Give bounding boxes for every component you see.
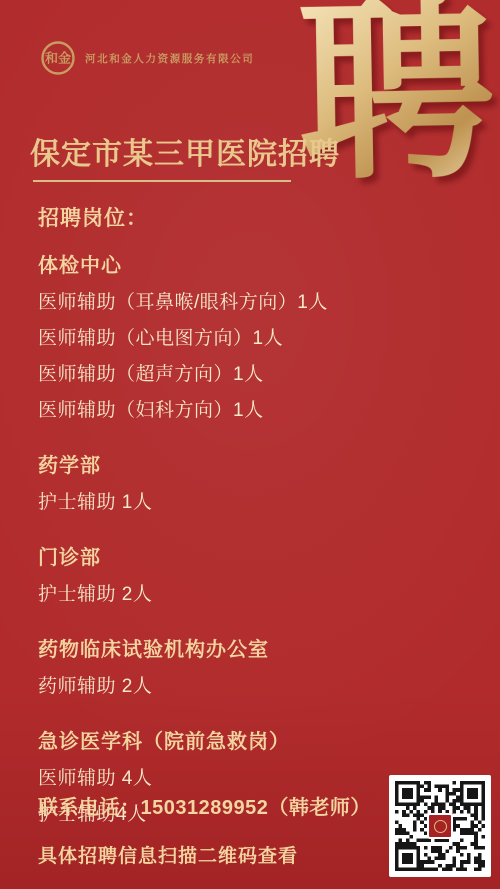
- role-item: 护士辅助 2人: [38, 577, 484, 613]
- department-heading: 门诊部: [38, 548, 484, 568]
- page-title: 保定市某三甲医院招聘: [30, 129, 340, 173]
- jobs-heading: 招聘岗位：: [38, 208, 484, 229]
- title-underline: [33, 180, 291, 182]
- department-heading: 急诊医学科（院前急救岗）: [38, 732, 484, 752]
- company-name: 河北和金人力资源服务有限公司: [85, 51, 254, 66]
- contact-label: 联系电话：: [38, 797, 141, 819]
- role-list: 护士辅助 2人: [38, 577, 484, 613]
- recruitment-poster: 和金 河北和金人力资源服务有限公司 聘 保定市某三甲医院招聘 招聘岗位： 体检中…: [0, 0, 500, 889]
- job-section: 药物临床试验机构办公室 药师辅助 2人: [38, 640, 484, 705]
- qr-center-logo: [427, 813, 453, 839]
- phone-number: 15031289952: [141, 797, 269, 819]
- role-item: 护士辅助 1人: [38, 485, 484, 521]
- role-item: 医师辅助（耳鼻喉/眼科方向）1人: [38, 285, 484, 321]
- role-list: 护士辅助 1人: [38, 485, 484, 521]
- company-seal-icon: 和金: [40, 40, 76, 76]
- contact-person: （韩老师）: [268, 797, 371, 819]
- qr-hint-text: 具体招聘信息扫描二维码查看: [38, 841, 298, 868]
- department-heading: 体检中心: [38, 256, 484, 276]
- role-item: 医师辅助（妇科方向）1人: [38, 393, 484, 429]
- qr-code: [389, 775, 491, 877]
- department-heading: 药学部: [38, 456, 484, 476]
- job-list: 招聘岗位： 体检中心 医师辅助（耳鼻喉/眼科方向）1人 医师辅助（心电图方向）1…: [38, 205, 484, 833]
- role-item: 药师辅助 2人: [38, 669, 484, 705]
- company-logo-row: 和金 河北和金人力资源服务有限公司: [40, 40, 254, 76]
- department-heading: 药物临床试验机构办公室: [38, 640, 484, 660]
- contact-line: 联系电话：15031289952（韩老师）: [38, 791, 371, 820]
- role-list: 药师辅助 2人: [38, 669, 484, 705]
- job-section: 体检中心 医师辅助（耳鼻喉/眼科方向）1人 医师辅助（心电图方向）1人 医师辅助…: [38, 256, 484, 429]
- role-item: 医师辅助（超声方向）1人: [38, 357, 484, 393]
- logo-monogram-glyph: 和金: [45, 51, 71, 66]
- job-section: 门诊部 护士辅助 2人: [38, 548, 484, 613]
- job-section: 药学部 护士辅助 1人: [38, 456, 484, 521]
- role-list: 医师辅助（耳鼻喉/眼科方向）1人 医师辅助（心电图方向）1人 医师辅助（超声方向…: [38, 285, 484, 429]
- qr-center-seal-icon: [434, 820, 447, 833]
- role-item: 医师辅助（心电图方向）1人: [38, 321, 484, 357]
